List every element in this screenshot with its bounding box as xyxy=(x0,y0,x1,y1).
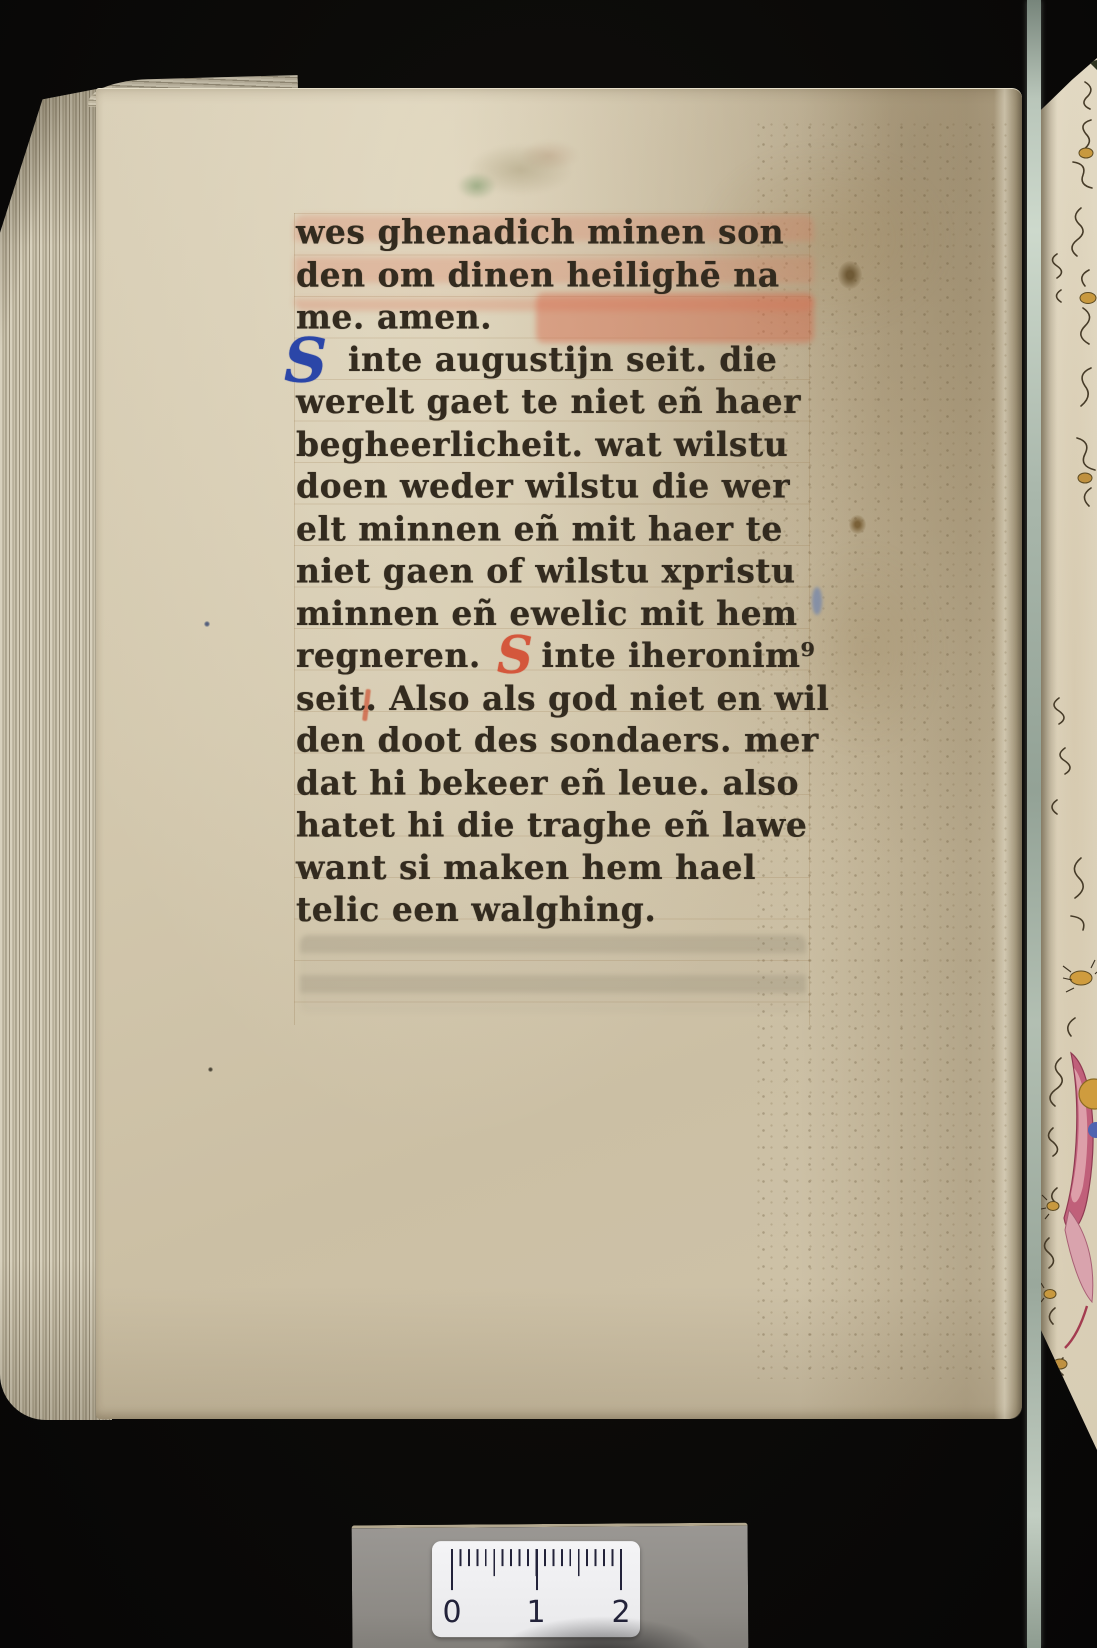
line-text: inte augustijn seit. die xyxy=(348,339,777,379)
ink-spot xyxy=(849,515,866,534)
text-line: werelt gaet te niet eñ haer xyxy=(296,380,818,422)
line-text: wes ghenadich minen son xyxy=(296,212,784,252)
text-line: seit. Also als god niet en wil xyxy=(296,677,818,719)
glass-plate-edge xyxy=(1027,0,1041,1648)
text-line: wes ghenadich minen son xyxy=(296,211,818,253)
line-text: doen weder wilstu die wer xyxy=(296,466,790,506)
line-text: want si maken hem hael xyxy=(296,847,756,887)
illuminated-initial-blue: S xyxy=(284,332,328,389)
text-line: me. amen. xyxy=(296,296,818,338)
text-line: Sinte augustijn seit. die xyxy=(296,338,818,380)
ink-spot xyxy=(838,261,862,289)
cm-tick xyxy=(536,1549,538,1590)
text-bleed-through xyxy=(300,935,806,1013)
text-line: den doot des sondaers. mer xyxy=(296,719,818,761)
line-text: begheerlicheit. wat wilstu xyxy=(296,424,788,464)
illuminated-initial-red: S xyxy=(497,640,534,671)
text-line: elt minnen eñ mit haer te xyxy=(296,507,818,549)
cm-tick xyxy=(620,1549,622,1590)
line-text: inte iheronim⁹ xyxy=(541,635,815,675)
pigment-dot xyxy=(204,621,210,627)
cm-tick xyxy=(451,1549,453,1590)
text-block: wes ghenadich minen son den om dinen hei… xyxy=(296,211,818,931)
line-text: regneren. xyxy=(296,635,481,675)
scale-card: 0 1 2 xyxy=(352,1523,749,1648)
text-line: regneren.Sinte iheronim⁹ xyxy=(296,634,818,676)
line-text: elt minnen eñ mit haer te xyxy=(296,508,783,548)
line-text: dat hi bekeer eñ leue. also xyxy=(296,762,799,802)
text-line: den om dinen heilighē na xyxy=(296,253,818,295)
line-text: hatet hi die traghe eñ lawe xyxy=(296,805,807,845)
text-line: minnen eñ ewelic mit hem xyxy=(296,592,818,634)
text-line: hatet hi die traghe eñ lawe xyxy=(296,804,818,846)
text-line: dat hi bekeer eñ leue. also xyxy=(296,761,818,803)
ruler-ticks: 0 1 2 xyxy=(451,1549,625,1595)
manuscript-photo: wes ghenadich minen son den om dinen hei… xyxy=(0,0,1097,1648)
text-line: begheerlicheit. wat wilstu xyxy=(296,423,818,465)
manuscript-page: wes ghenadich minen son den om dinen hei… xyxy=(96,88,1022,1419)
line-text: den om dinen heilighē na xyxy=(296,254,780,294)
facing-page-sliver xyxy=(1041,58,1097,1458)
penwork-decoration xyxy=(1041,58,1097,1458)
ruler-number: 2 xyxy=(609,1595,633,1630)
text-line: want si maken hem hael xyxy=(296,846,818,888)
pigment-smudge xyxy=(416,127,606,222)
line-text: werelt gaet te niet eñ haer xyxy=(296,381,801,421)
ruler-number: 1 xyxy=(524,1595,548,1630)
ruler-number: 0 xyxy=(440,1595,464,1630)
line-text: minnen eñ ewelic mit hem xyxy=(296,593,798,633)
text-line: telic een walghing. xyxy=(296,888,818,930)
line-text: niet gaen of wilstu xpristu xyxy=(296,551,796,591)
line-text: den doot des sondaers. mer xyxy=(296,720,819,760)
pigment-dot xyxy=(208,1067,213,1072)
line-text: seit. Also als god niet en wil xyxy=(296,678,829,718)
text-line: niet gaen of wilstu xpristu xyxy=(296,550,818,592)
line-text: telic een walghing. xyxy=(296,889,656,929)
text-line: doen weder wilstu die wer xyxy=(296,465,818,507)
ruler-label: 0 1 2 xyxy=(432,1541,640,1637)
